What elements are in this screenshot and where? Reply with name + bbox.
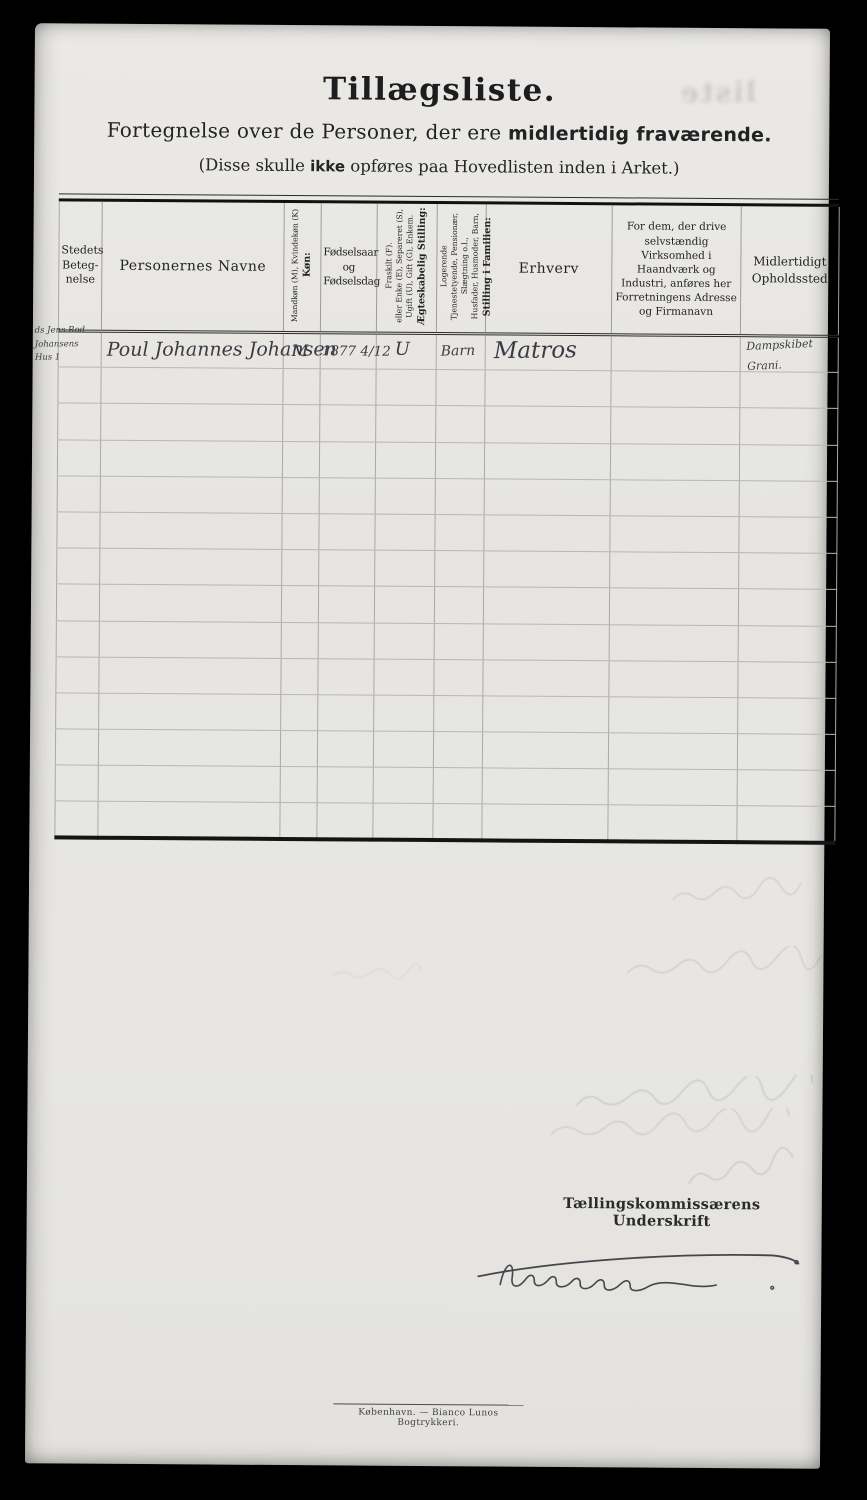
empty-row	[56, 620, 836, 662]
empty-cell	[101, 367, 283, 404]
empty-cell	[319, 477, 375, 514]
table-body: ds Jens Rod Johansens Hus 1 Poul Johanne…	[55, 331, 839, 843]
empty-cell	[282, 513, 319, 549]
header-birth: Fødselsaar og Fødselsdag	[320, 203, 377, 333]
entry-name: Poul Johannes Johansen	[101, 331, 283, 368]
empty-cell	[737, 770, 835, 807]
empty-cell	[433, 732, 482, 769]
empty-cell	[610, 552, 739, 589]
empty-cell	[55, 729, 98, 765]
empty-cell	[281, 622, 318, 658]
empty-cell	[609, 624, 738, 661]
page-note: (Disse skulle ikke opføres paa Hovedlist…	[34, 154, 844, 179]
empty-row	[55, 765, 835, 807]
empty-row	[56, 693, 836, 735]
empty-cell	[483, 660, 609, 697]
printer-imprint: København. — Bianco Lunos Bogtrykkeri.	[333, 1403, 523, 1428]
bleed-through-handwriting	[328, 960, 423, 989]
header-family-position: Stilling i Familien: Husfader, Husmoder,…	[436, 204, 486, 334]
subtitle-text: Fortegnelse over de Personer, der ere	[107, 118, 508, 145]
empty-cell	[101, 404, 283, 441]
empty-cell	[738, 698, 836, 735]
empty-cell	[435, 551, 484, 588]
empty-cell	[374, 695, 434, 732]
empty-cell	[485, 370, 611, 407]
empty-cell	[609, 660, 738, 697]
empty-cell	[99, 693, 281, 730]
census-table: Stedets Beteg- nelse Personernes Navne K…	[54, 201, 839, 845]
empty-cell	[100, 512, 282, 549]
empty-row	[58, 367, 838, 409]
empty-row	[57, 439, 837, 481]
empty-cell	[57, 548, 100, 584]
note-emphasis: ikke	[310, 157, 345, 175]
empty-cell	[98, 729, 280, 766]
note-prefix: (Disse skulle	[199, 155, 311, 175]
empty-cell	[738, 625, 836, 662]
empty-cell	[100, 476, 282, 513]
empty-cell	[281, 658, 318, 694]
empty-cell	[281, 694, 318, 730]
empty-cell	[98, 765, 280, 802]
empty-cell	[373, 731, 433, 768]
entry-occupation: Matros	[485, 334, 611, 371]
empty-cell	[374, 659, 434, 696]
header-names: Personernes Navne	[101, 202, 284, 333]
empty-cell	[434, 659, 483, 696]
empty-cell	[99, 657, 281, 694]
empty-cell	[58, 367, 101, 403]
empty-row	[56, 584, 836, 626]
empty-cell	[99, 585, 281, 622]
empty-cell	[282, 550, 319, 586]
page-subtitle: Fortegnelse over de Personer, der ere mi…	[34, 117, 844, 147]
empty-cell	[374, 586, 434, 623]
census-table-wrap: Stedets Beteg- nelse Personernes Navne K…	[54, 193, 838, 845]
empty-cell	[433, 804, 482, 841]
empty-cell	[483, 587, 609, 624]
empty-cell	[738, 589, 836, 626]
empty-cell	[317, 803, 373, 840]
empty-cell	[483, 696, 609, 733]
empty-cell	[484, 479, 610, 516]
empty-cell	[283, 405, 320, 441]
bleed-through-handwriting	[668, 873, 814, 914]
empty-cell	[318, 586, 374, 623]
page-title: Tillægsliste.	[34, 69, 844, 111]
bleed-through-handwriting	[623, 945, 829, 987]
empty-cell	[435, 478, 484, 515]
empty-cell	[56, 693, 99, 729]
empty-cell	[433, 768, 482, 805]
empty-cell	[375, 514, 435, 551]
empty-row	[55, 801, 835, 843]
empty-cell	[608, 805, 737, 842]
empty-cell	[56, 584, 99, 620]
empty-cell	[280, 731, 317, 767]
empty-cell	[373, 767, 433, 804]
vertical-header-sex: Køn: Mandkøn (M), Kvindekøn (K)	[290, 205, 315, 325]
header-occupation: Erhverv	[485, 204, 612, 334]
empty-cell	[100, 548, 282, 585]
empty-cell	[484, 442, 610, 479]
empty-cell	[99, 621, 281, 658]
empty-cell	[57, 476, 100, 512]
empty-cell	[58, 403, 101, 439]
empty-cell	[375, 550, 435, 587]
empty-cell	[320, 405, 376, 442]
empty-cell	[482, 804, 608, 841]
empty-cell	[610, 516, 739, 553]
empty-cell	[375, 442, 435, 479]
entry-family-position: Barn	[436, 334, 485, 371]
empty-cell	[282, 477, 319, 513]
empty-cell	[609, 588, 738, 625]
entry-birth: 1877 4/12	[320, 333, 376, 370]
empty-cell	[317, 731, 373, 768]
bleed-through-handwriting	[547, 1107, 813, 1148]
empty-cell	[318, 695, 374, 732]
empty-cell	[610, 480, 739, 517]
entry-marital-status: U	[376, 333, 436, 370]
empty-cell	[100, 440, 282, 477]
empty-cell	[737, 734, 835, 771]
empty-row	[57, 512, 837, 554]
empty-cell	[610, 443, 739, 480]
entry-sex: M	[283, 332, 320, 368]
empty-cell	[282, 441, 319, 477]
empty-cell	[740, 408, 838, 445]
empty-cell	[317, 767, 373, 804]
bleed-through-handwriting	[680, 1142, 804, 1198]
header-place: Stedets Beteg- nelse	[58, 201, 102, 331]
empty-cell	[98, 802, 280, 839]
header-row: Stedets Beteg- nelse Personernes Navne K…	[58, 201, 839, 336]
empty-cell	[611, 371, 740, 408]
empty-row	[57, 548, 837, 590]
empty-cell	[436, 406, 485, 443]
empty-cell	[434, 695, 483, 732]
vertical-header-family: Stilling i Familien: Husfader, Husmoder,…	[439, 206, 496, 326]
empty-cell	[738, 661, 836, 698]
empty-cell	[318, 658, 374, 695]
empty-cell	[434, 623, 483, 660]
entry-row: ds Jens Rod Johansens Hus 1 Poul Johanne…	[58, 331, 838, 373]
empty-cell	[319, 550, 375, 587]
empty-row	[57, 476, 837, 518]
empty-cell	[739, 517, 837, 554]
empty-cell	[484, 515, 610, 552]
empty-cell	[373, 804, 433, 841]
empty-cell	[376, 369, 436, 406]
empty-cell	[483, 623, 609, 660]
empty-cell	[320, 369, 376, 406]
entry-temporary-residence: Dampskibet Grani.	[740, 336, 838, 373]
empty-cell	[55, 801, 98, 837]
empty-cell	[280, 767, 317, 803]
empty-cell	[611, 407, 740, 444]
empty-cell	[57, 512, 100, 548]
header-temporary-residence: Midlertidigt Opholdssted	[740, 206, 839, 336]
vertical-header-marital: Ægteskabelig Stilling: Ugift (U), Gift (…	[384, 206, 430, 326]
empty-cell	[740, 372, 838, 409]
empty-row	[56, 657, 836, 699]
empty-cell	[485, 406, 611, 443]
empty-cell	[434, 587, 483, 624]
empty-cell	[608, 733, 737, 770]
empty-cell	[375, 478, 435, 515]
empty-cell	[318, 622, 374, 659]
empty-cell	[435, 514, 484, 551]
empty-cell	[376, 406, 436, 443]
empty-cell	[57, 439, 100, 475]
empty-cell	[281, 586, 318, 622]
empty-cell	[435, 442, 484, 479]
entry-place: ds Jens Rod Johansens Hus 1	[58, 331, 101, 367]
empty-row	[55, 729, 835, 771]
empty-cell	[608, 769, 737, 806]
empty-cell	[56, 620, 99, 656]
empty-cell	[739, 480, 837, 517]
empty-cell	[319, 441, 375, 478]
header-business-address: For dem, der drive selvstændig Virksomhe…	[611, 205, 741, 335]
empty-cell	[482, 732, 608, 769]
subtitle-emphasis: midlertidig fraværende.	[508, 123, 772, 147]
empty-cell	[737, 806, 835, 843]
empty-cell	[739, 553, 837, 590]
bleed-through-handwriting	[572, 1074, 823, 1119]
empty-cell	[436, 370, 485, 407]
empty-cell	[609, 697, 738, 734]
empty-cell	[482, 768, 608, 805]
document-page: liste Tillægsliste. Fortegnelse over de …	[25, 23, 830, 1469]
header-marital-status: Ægteskabelig Stilling: Ugift (U), Gift (…	[376, 204, 437, 334]
empty-cell	[283, 369, 320, 405]
empty-cell	[319, 514, 375, 551]
empty-cell	[484, 551, 610, 588]
empty-cell	[374, 623, 434, 660]
empty-row	[58, 403, 838, 445]
empty-cell	[56, 657, 99, 693]
empty-cell	[739, 444, 837, 481]
entry-business-address	[611, 335, 740, 372]
scanned-archive-page: { "page": { "title": "Tillægsliste.", "s…	[0, 0, 867, 1500]
note-suffix: opføres paa Hovedlisten inden i Arket.)	[345, 156, 680, 177]
commissioner-signature	[474, 1218, 809, 1300]
empty-cell	[280, 803, 317, 839]
header-sex: Køn: Mandkøn (M), Kvindekøn (K)	[283, 203, 321, 333]
empty-cell	[55, 765, 98, 801]
